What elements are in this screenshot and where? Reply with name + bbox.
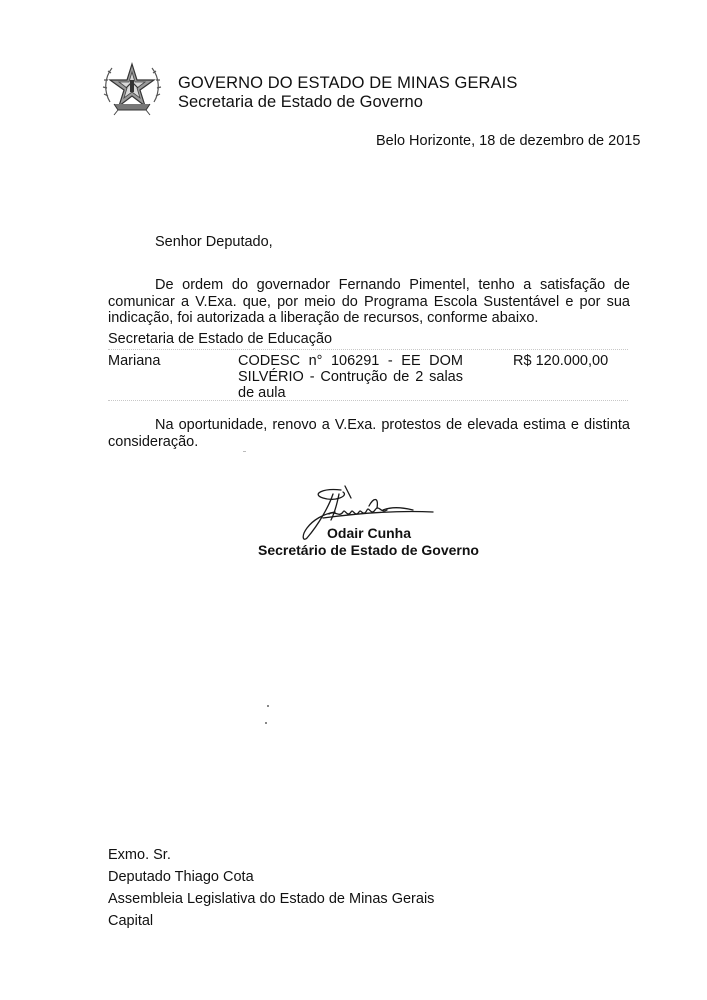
table-divider [108, 349, 628, 350]
scan-speck [265, 722, 267, 724]
signer-name: Odair Cunha [327, 525, 411, 541]
body-paragraph-2-text: Na oportunidade, renovo a V.Exa. protest… [108, 417, 630, 450]
table-divider [108, 400, 628, 401]
scan-speck [243, 451, 246, 452]
table-cell-municipio: Mariana [108, 353, 160, 369]
body-paragraph-1-text: De ordem do governador Fernando Pimentel… [108, 277, 630, 326]
date-line: Belo Horizonte, 18 de dezembro de 2015 [376, 133, 640, 149]
addressee-line: Deputado Thiago Cota [108, 869, 254, 885]
table-cell-descricao: CODESC n° 106291 - EE DOM SILVÉRIO - Con… [238, 353, 463, 401]
body-paragraph-1: De ordem do governador Fernando Pimentel… [108, 277, 630, 327]
letterhead-subtitle: Secretaria de Estado de Governo [178, 93, 423, 112]
scan-speck [267, 705, 269, 707]
letterhead-title: GOVERNO DO ESTADO DE MINAS GERAIS [178, 74, 517, 93]
allocation-table-heading: Secretaria de Estado de Educação [108, 331, 332, 347]
table-cell-valor: R$ 120.000,00 [513, 353, 608, 369]
body-paragraph-2: Na oportunidade, renovo a V.Exa. protest… [108, 417, 630, 450]
addressee-line: Exmo. Sr. [108, 847, 171, 863]
salutation: Senhor Deputado, [155, 234, 273, 250]
state-coat-of-arms-icon [100, 58, 164, 118]
signer-title: Secretário de Estado de Governo [258, 542, 479, 558]
addressee-line: Capital [108, 913, 153, 929]
addressee-line: Assembleia Legislativa do Estado de Mina… [108, 891, 434, 907]
